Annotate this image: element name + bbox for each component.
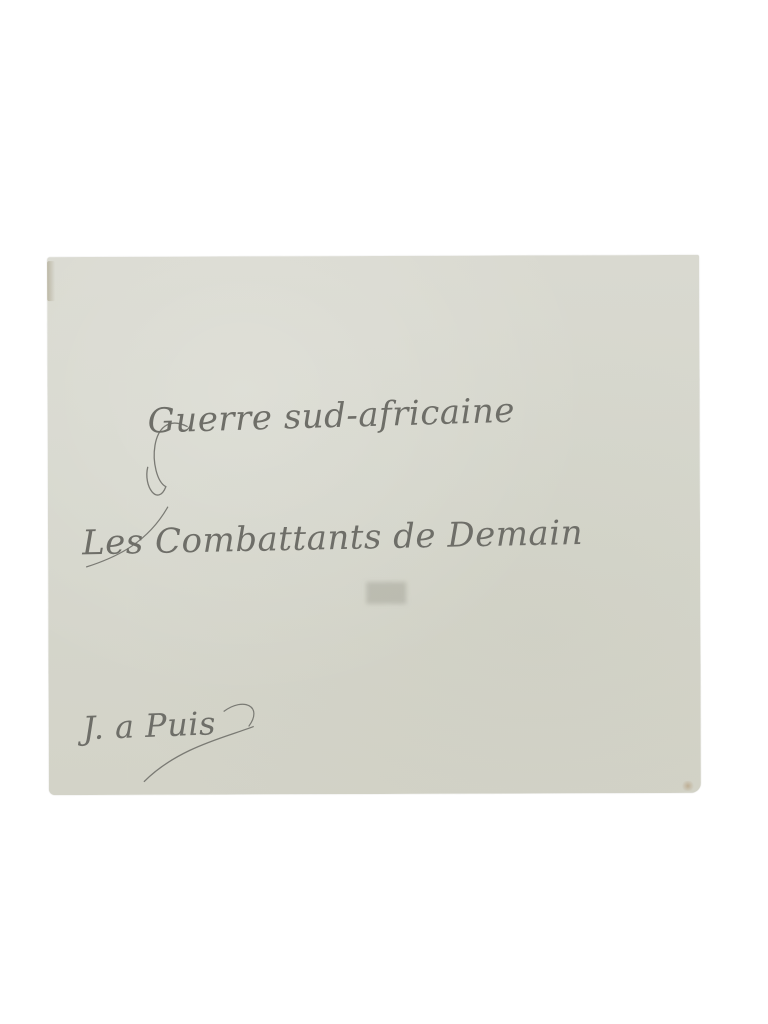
signature: J. a Puis [82, 704, 217, 747]
inscription-line-1: Guerre sud-africaine [147, 391, 515, 442]
pencil-smudge [366, 582, 406, 604]
photo-card-back: Guerre sud-africaine Les Combattants de … [47, 255, 701, 795]
inscription-line-2: Les Combattants de Demain [82, 513, 584, 563]
photo-stage: Guerre sud-africaine Les Combattants de … [0, 0, 768, 1024]
